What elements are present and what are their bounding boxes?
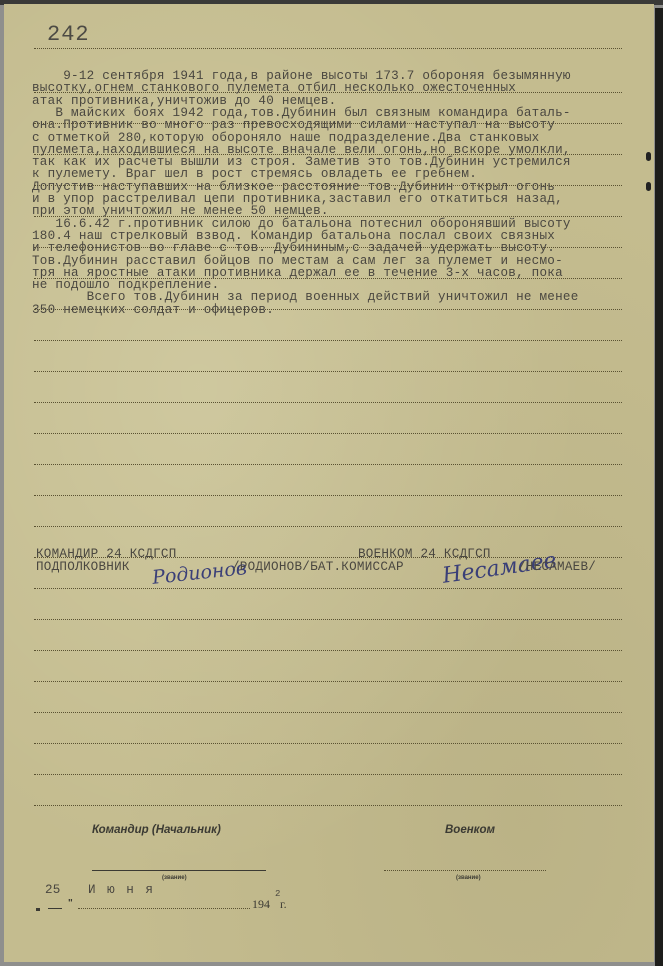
ruled-line — [34, 433, 622, 434]
document-page: 242 9-12 сентября 1941 года,в районе выс… — [4, 4, 654, 962]
commander-rank: ПОДПОЛКОВНИК — [36, 561, 130, 574]
commander-rank-caption: (звание) — [162, 875, 187, 881]
date-year-prefix: 194 — [252, 897, 270, 912]
ruled-line — [34, 712, 622, 713]
commander-label: Командир (Начальник) — [92, 824, 221, 836]
ruled-line — [34, 805, 622, 806]
commissar-rank-caption: (звание) — [456, 875, 481, 881]
commissar-rank-line — [384, 870, 546, 871]
commander-name: /РОДИОНОВ/БАТ.КОМИССАР — [232, 561, 404, 574]
page-number: 242 — [47, 22, 90, 47]
date-day-line — [48, 908, 62, 909]
date-year-g: г. — [280, 897, 287, 912]
text-line: 350 немецких солдат и офицеров. — [32, 304, 274, 317]
commander-rank-line — [92, 870, 266, 871]
commissar-name: /НЕСАМАЕВ/ — [518, 561, 596, 574]
ruled-line — [34, 650, 622, 651]
binding-hole-mark — [646, 182, 651, 191]
ruled-line — [34, 681, 622, 682]
commissar-label: Военком — [445, 824, 495, 836]
ruled-line — [34, 402, 622, 403]
ruled-line — [34, 495, 622, 496]
scan-border-right — [655, 8, 663, 966]
ruled-line — [34, 588, 622, 589]
binding-hole-mark — [646, 152, 651, 161]
date-month-line — [78, 908, 250, 909]
ruled-line — [34, 526, 622, 527]
ruled-line — [34, 619, 622, 620]
ruled-line — [34, 774, 622, 775]
ruled-line — [34, 464, 622, 465]
ruled-line — [34, 48, 622, 49]
ruled-line — [34, 340, 622, 341]
date-day: 25 — [45, 884, 61, 897]
date-quote: " — [68, 898, 73, 909]
ruled-line — [34, 371, 622, 372]
date-bullet — [36, 908, 40, 911]
ruled-line — [34, 743, 622, 744]
date-month: И ю н я — [88, 884, 155, 897]
